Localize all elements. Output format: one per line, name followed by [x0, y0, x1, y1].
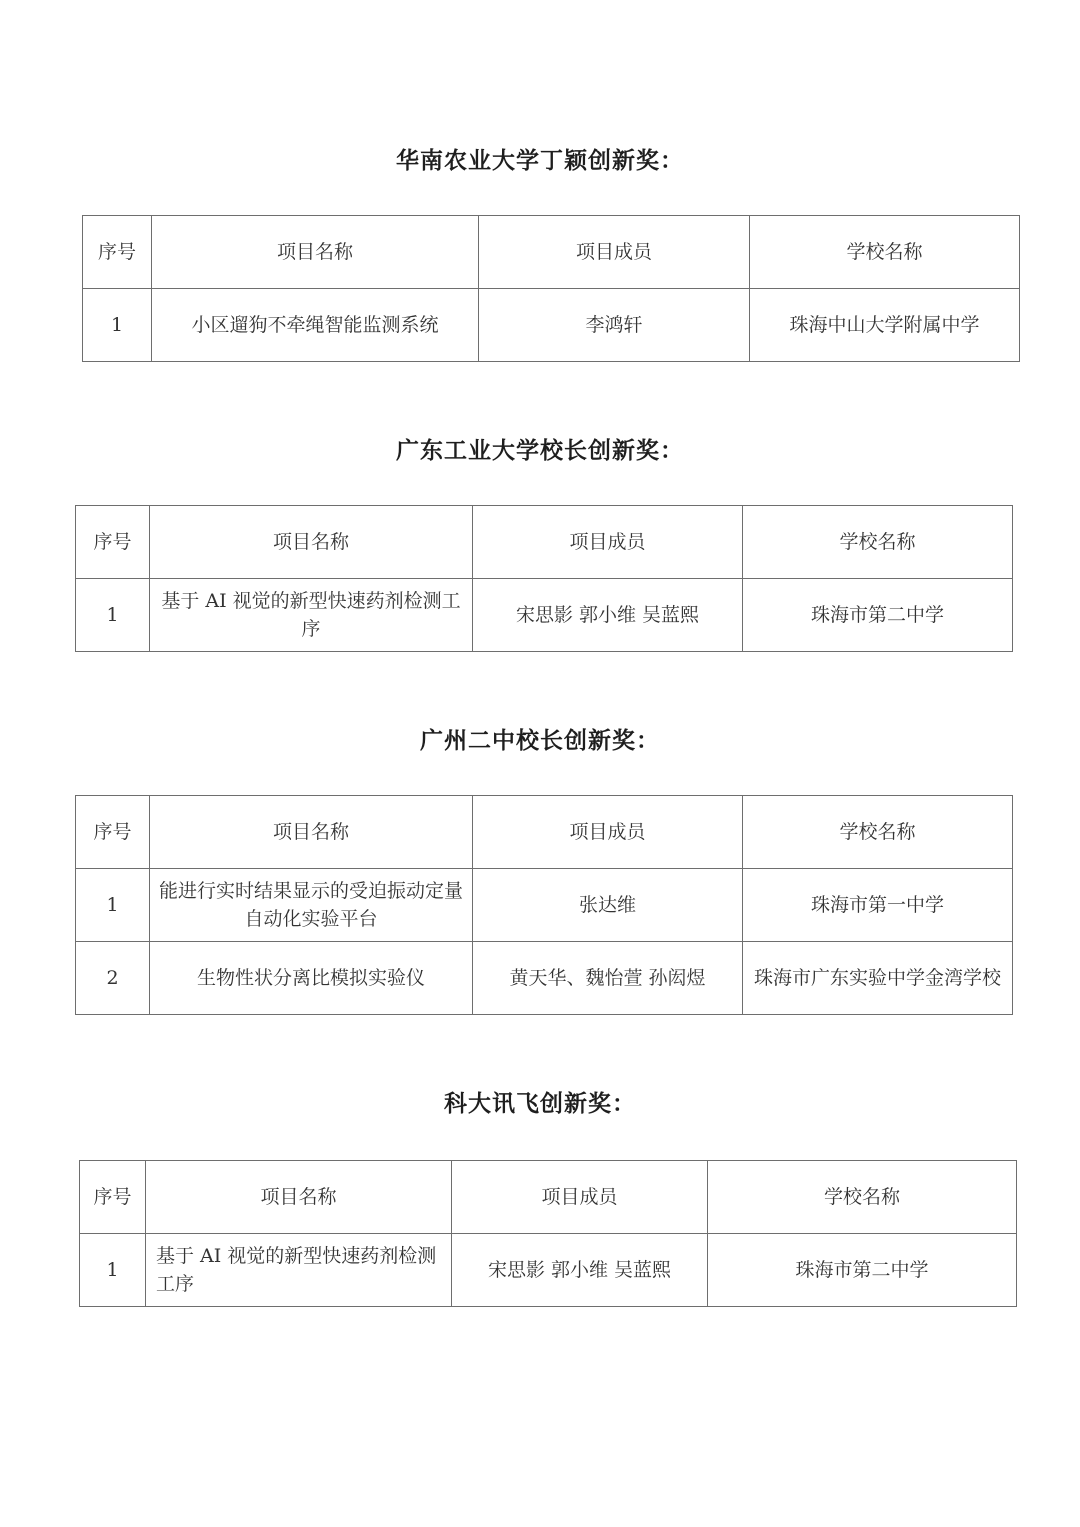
header-school: 学校名称 [750, 216, 1020, 289]
header-members: 项目成员 [479, 216, 750, 289]
cell-school: 珠海市第二中学 [708, 1234, 1017, 1307]
header-project: 项目名称 [152, 216, 479, 289]
table-row: 1 基于 AI 视觉的新型快速药剂检测工序 宋思影 郭小维 吴蓝熙 珠海市第二中… [80, 1234, 1017, 1307]
header-school: 学校名称 [708, 1161, 1017, 1234]
cell-members: 宋思影 郭小维 吴蓝熙 [473, 579, 743, 652]
table-row: 1 小区遛狗不牵绳智能监测系统 李鸿轩 珠海中山大学附属中学 [83, 289, 1020, 362]
cell-school: 珠海中山大学附属中学 [750, 289, 1020, 362]
cell-no: 1 [76, 579, 150, 652]
cell-no: 1 [83, 289, 152, 362]
section-title-gz-no2-president-award: 广州二中校长创新奖： [0, 722, 1080, 755]
section-title-iflytek-award: 科大讯飞创新奖： [0, 1085, 1080, 1118]
cell-project: 能进行实时结果显示的受迫振动定量自动化实验平台 [150, 869, 473, 942]
table-row: 2 生物性状分离比模拟实验仪 黄天华、魏怡萱 孙闳煜 珠海市广东实验中学金湾学校 [76, 942, 1013, 1015]
award-table-gdut: 序号 项目名称 项目成员 学校名称 1 基于 AI 视觉的新型快速药剂检测工序 … [75, 505, 1013, 652]
cell-no: 1 [80, 1234, 146, 1307]
award-table-gz-no2: 序号 项目名称 项目成员 学校名称 1 能进行实时结果显示的受迫振动定量自动化实… [75, 795, 1013, 1015]
table-header-row: 序号 项目名称 项目成员 学校名称 [83, 216, 1020, 289]
header-no: 序号 [83, 216, 152, 289]
table-header-row: 序号 项目名称 项目成员 学校名称 [76, 796, 1013, 869]
cell-project: 小区遛狗不牵绳智能监测系统 [152, 289, 479, 362]
table-row: 1 基于 AI 视觉的新型快速药剂检测工序 宋思影 郭小维 吴蓝熙 珠海市第二中… [76, 579, 1013, 652]
header-no: 序号 [80, 1161, 146, 1234]
cell-members: 宋思影 郭小维 吴蓝熙 [452, 1234, 708, 1307]
cell-school: 珠海市广东实验中学金湾学校 [743, 942, 1013, 1015]
cell-school: 珠海市第二中学 [743, 579, 1013, 652]
header-members: 项目成员 [473, 796, 743, 869]
cell-no: 2 [76, 942, 150, 1015]
header-school: 学校名称 [743, 506, 1013, 579]
table-row: 1 能进行实时结果显示的受迫振动定量自动化实验平台 张达维 珠海市第一中学 [76, 869, 1013, 942]
header-project: 项目名称 [150, 506, 473, 579]
cell-project: 生物性状分离比模拟实验仪 [150, 942, 473, 1015]
header-project: 项目名称 [146, 1161, 452, 1234]
header-no: 序号 [76, 796, 150, 869]
header-school: 学校名称 [743, 796, 1013, 869]
table-header-row: 序号 项目名称 项目成员 学校名称 [80, 1161, 1017, 1234]
header-members: 项目成员 [473, 506, 743, 579]
section-title-gdut-president-award: 广东工业大学校长创新奖： [0, 432, 1080, 465]
cell-members: 黄天华、魏怡萱 孙闳煜 [473, 942, 743, 1015]
cell-members: 张达维 [473, 869, 743, 942]
table-header-row: 序号 项目名称 项目成员 学校名称 [76, 506, 1013, 579]
award-table-iflytek: 序号 项目名称 项目成员 学校名称 1 基于 AI 视觉的新型快速药剂检测工序 … [79, 1160, 1017, 1307]
award-table-scau: 序号 项目名称 项目成员 学校名称 1 小区遛狗不牵绳智能监测系统 李鸿轩 珠海… [82, 215, 1020, 362]
cell-members: 李鸿轩 [479, 289, 750, 362]
section-title-scau-dingying-award: 华南农业大学丁颖创新奖： [0, 142, 1080, 175]
cell-school: 珠海市第一中学 [743, 869, 1013, 942]
header-no: 序号 [76, 506, 150, 579]
header-project: 项目名称 [150, 796, 473, 869]
cell-project: 基于 AI 视觉的新型快速药剂检测工序 [150, 579, 473, 652]
cell-project: 基于 AI 视觉的新型快速药剂检测工序 [146, 1234, 452, 1307]
header-members: 项目成员 [452, 1161, 708, 1234]
cell-no: 1 [76, 869, 150, 942]
